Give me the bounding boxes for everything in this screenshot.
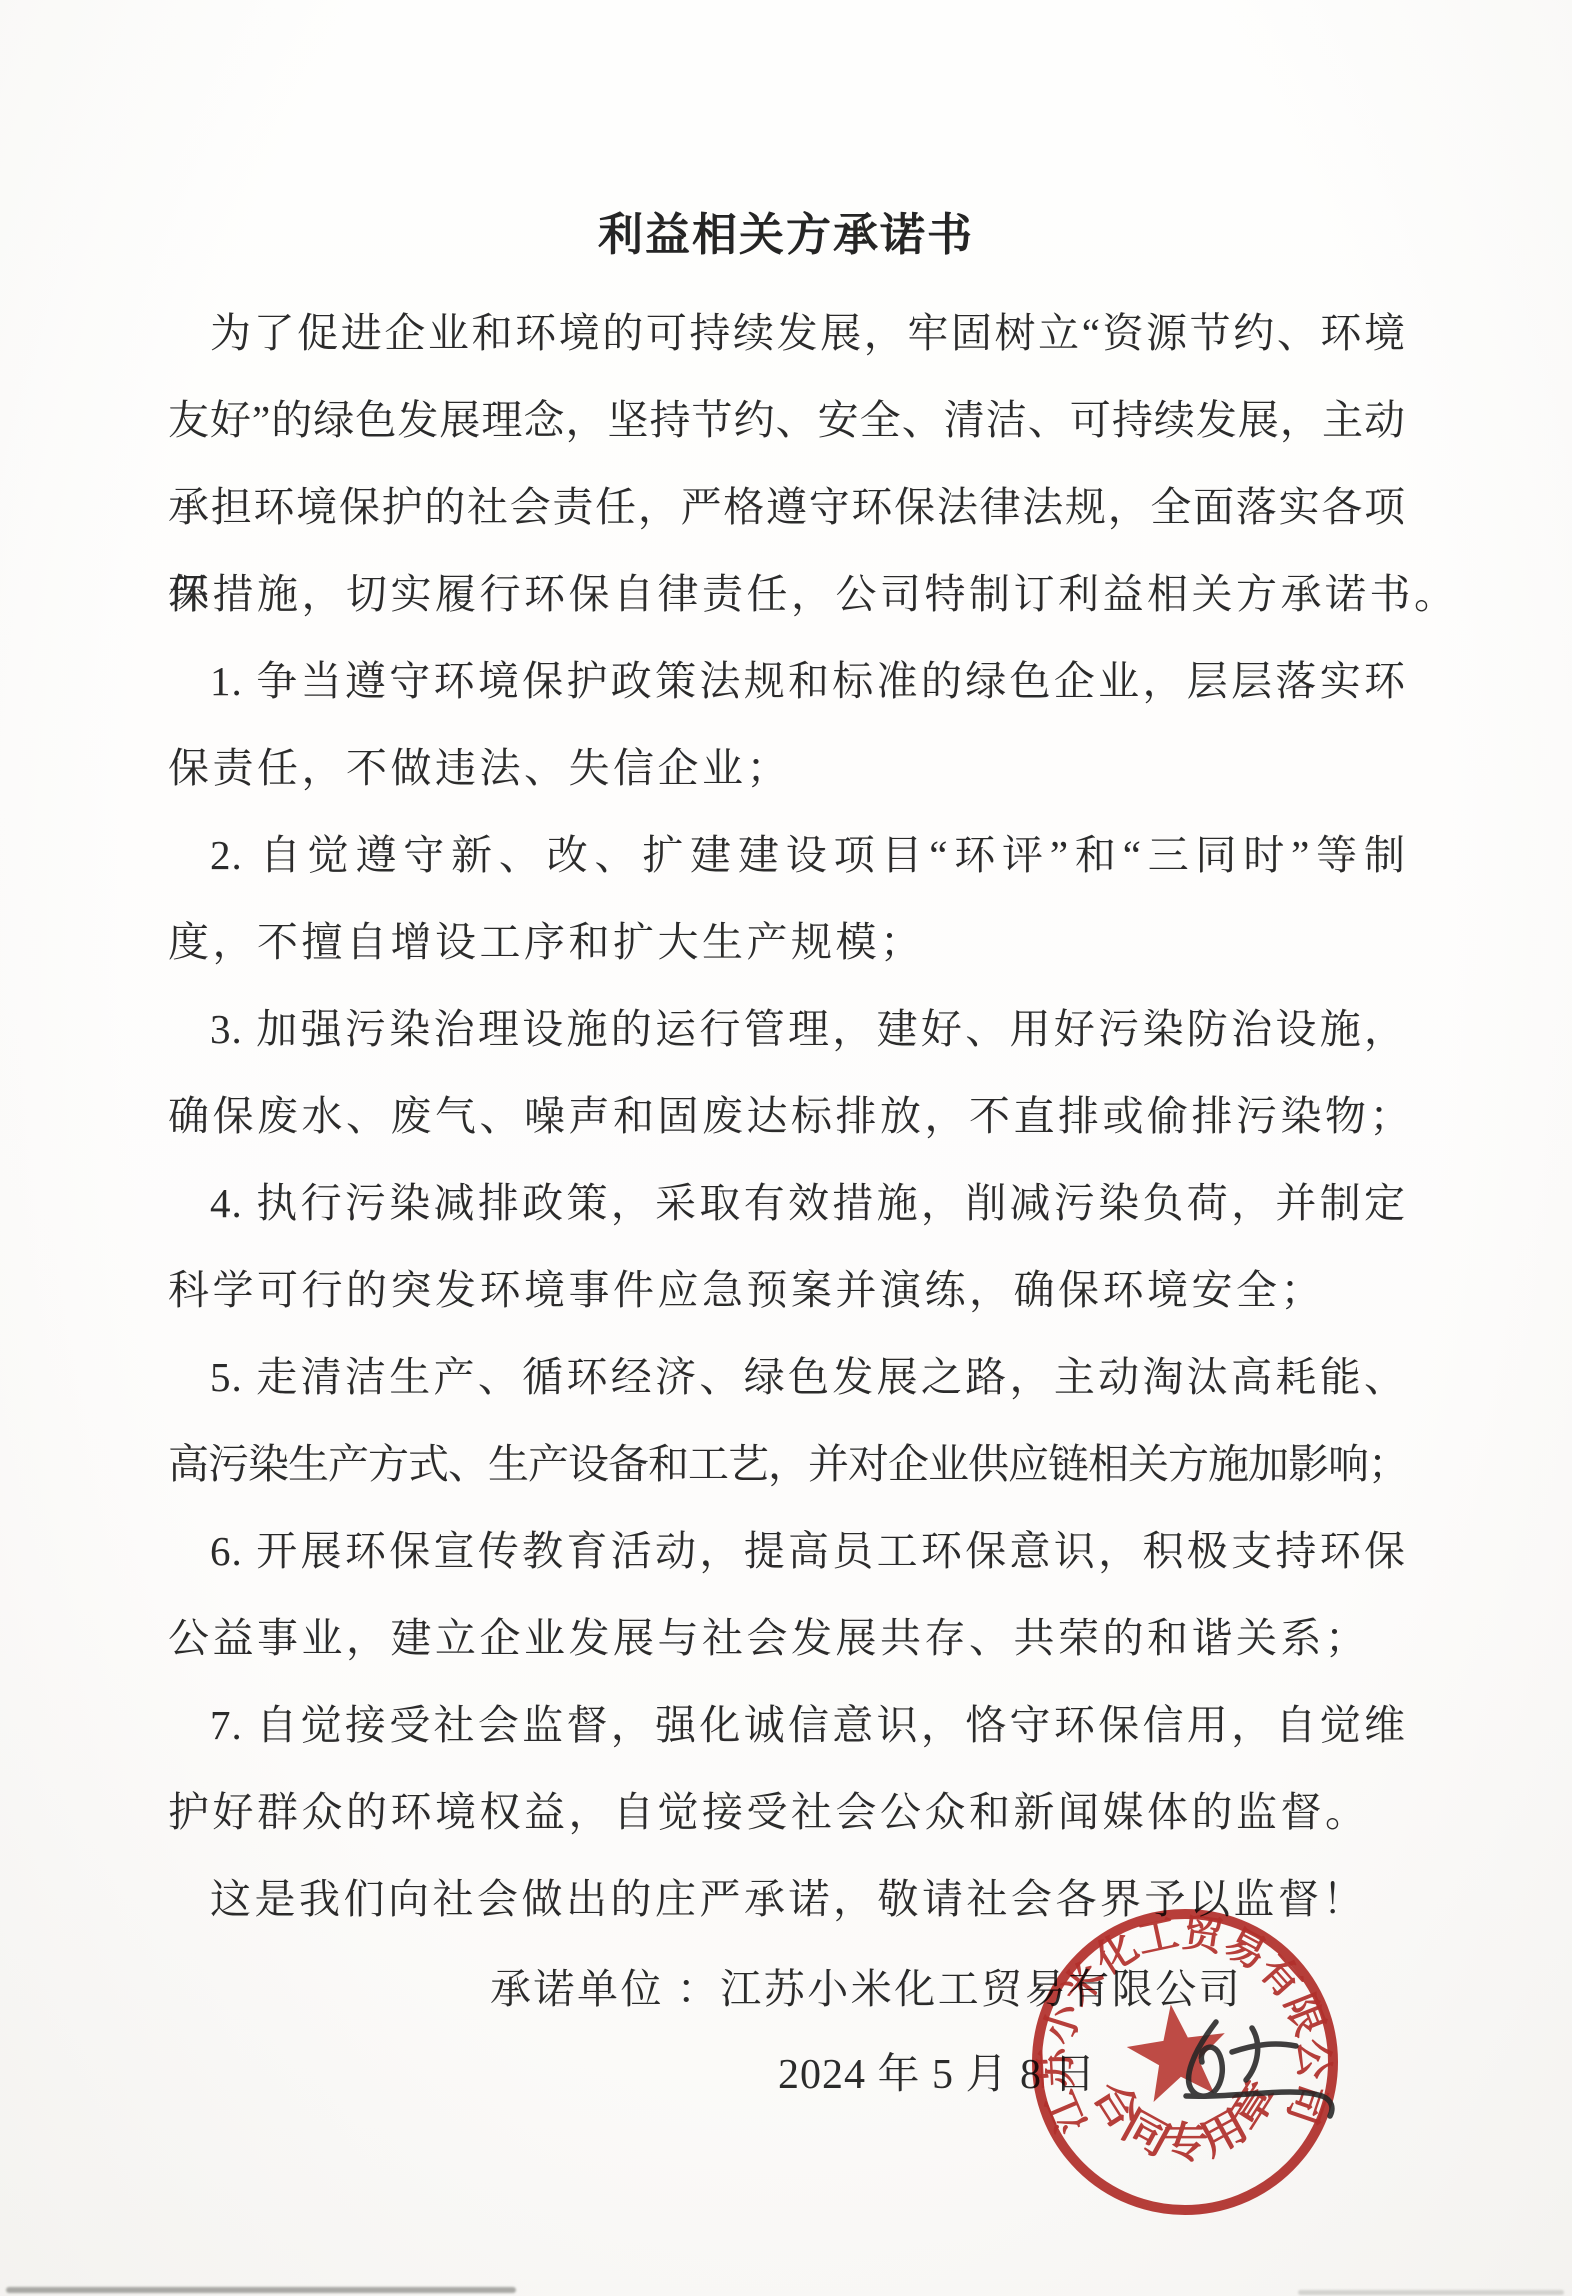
body-line: 公益事业，建立企业发展与社会发展共存、共荣的和谐关系；	[168, 1595, 1406, 1682]
document-page: 利益相关方承诺书 为了促进企业和环境的可持续发展，牢固树立“资源节约、环境 友好…	[0, 0, 1572, 2296]
body-line: 度，不擅自增设工序和扩大生产规模；	[168, 899, 1406, 986]
body-line: 保责任，不做违法、失信企业；	[168, 725, 1406, 812]
body-line: 1. 争当遵守环境保护政策法规和标准的绿色企业，层层落实环	[168, 638, 1406, 725]
photo-edge-bottom-right	[1298, 2290, 1564, 2295]
body-line: 6. 开展环保宣传教育活动，提高员工环保意识，积极支持环保	[168, 1508, 1406, 1595]
body-line: 7. 自觉接受社会监督，强化诚信意识，恪守环保信用，自觉维	[168, 1682, 1406, 1769]
seal-type-text: 合同专用章	[1084, 2073, 1287, 2167]
body-line: 3. 加强污染治理设施的运行管理，建好、用好污染防治设施，	[168, 986, 1406, 1073]
body-line: 5. 走清洁生产、循环经济、绿色发展之路，主动淘汰高耗能、	[168, 1334, 1406, 1421]
document-body: 为了促进企业和环境的可持续发展，牢固树立“资源节约、环境 友好”的绿色发展理念，…	[168, 290, 1406, 1943]
body-line: 4. 执行污染减排政策，采取有效措施，削减污染负荷，并制定	[168, 1160, 1406, 1247]
body-line: 高污染生产方式、生产设备和工艺，并对企业供应链相关方施加影响；	[168, 1421, 1406, 1508]
body-line: 确保废水、废气、噪声和固废达标排放，不直排或偷排污染物；	[168, 1073, 1406, 1160]
company-seal: 江苏小米化工贸易有限公司 合同专用章	[1005, 1885, 1365, 2235]
svg-text:合同专用章: 合同专用章	[1084, 2073, 1287, 2167]
body-line: 友好”的绿色发展理念，坚持节约、安全、清洁、可持续发展，主动	[168, 377, 1406, 464]
body-line: 护好群众的环境权益，自觉接受社会公众和新闻媒体的监督。	[168, 1769, 1406, 1856]
body-line: 承担环境保护的社会责任，严格遵守环保法律法规，全面落实各项环	[168, 464, 1406, 551]
seal-company-text: 江苏小米化工贸易有限公司	[1033, 1910, 1336, 2140]
body-line: 为了促进企业和环境的可持续发展，牢固树立“资源节约、环境	[168, 290, 1406, 377]
body-line: 科学可行的突发环境事件应急预案并演练，确保环境安全；	[168, 1247, 1406, 1334]
body-line: 保措施，切实履行环保自律责任，公司特制订利益相关方承诺书。	[168, 551, 1406, 638]
photo-edge-bottom-left	[6, 2287, 516, 2293]
svg-text:江苏小米化工贸易有限公司: 江苏小米化工贸易有限公司	[1033, 1910, 1336, 2140]
body-line: 2. 自觉遵守新、改、扩建建设项目“环评”和“三同时”等制	[168, 812, 1406, 899]
document-title: 利益相关方承诺书	[0, 205, 1572, 265]
